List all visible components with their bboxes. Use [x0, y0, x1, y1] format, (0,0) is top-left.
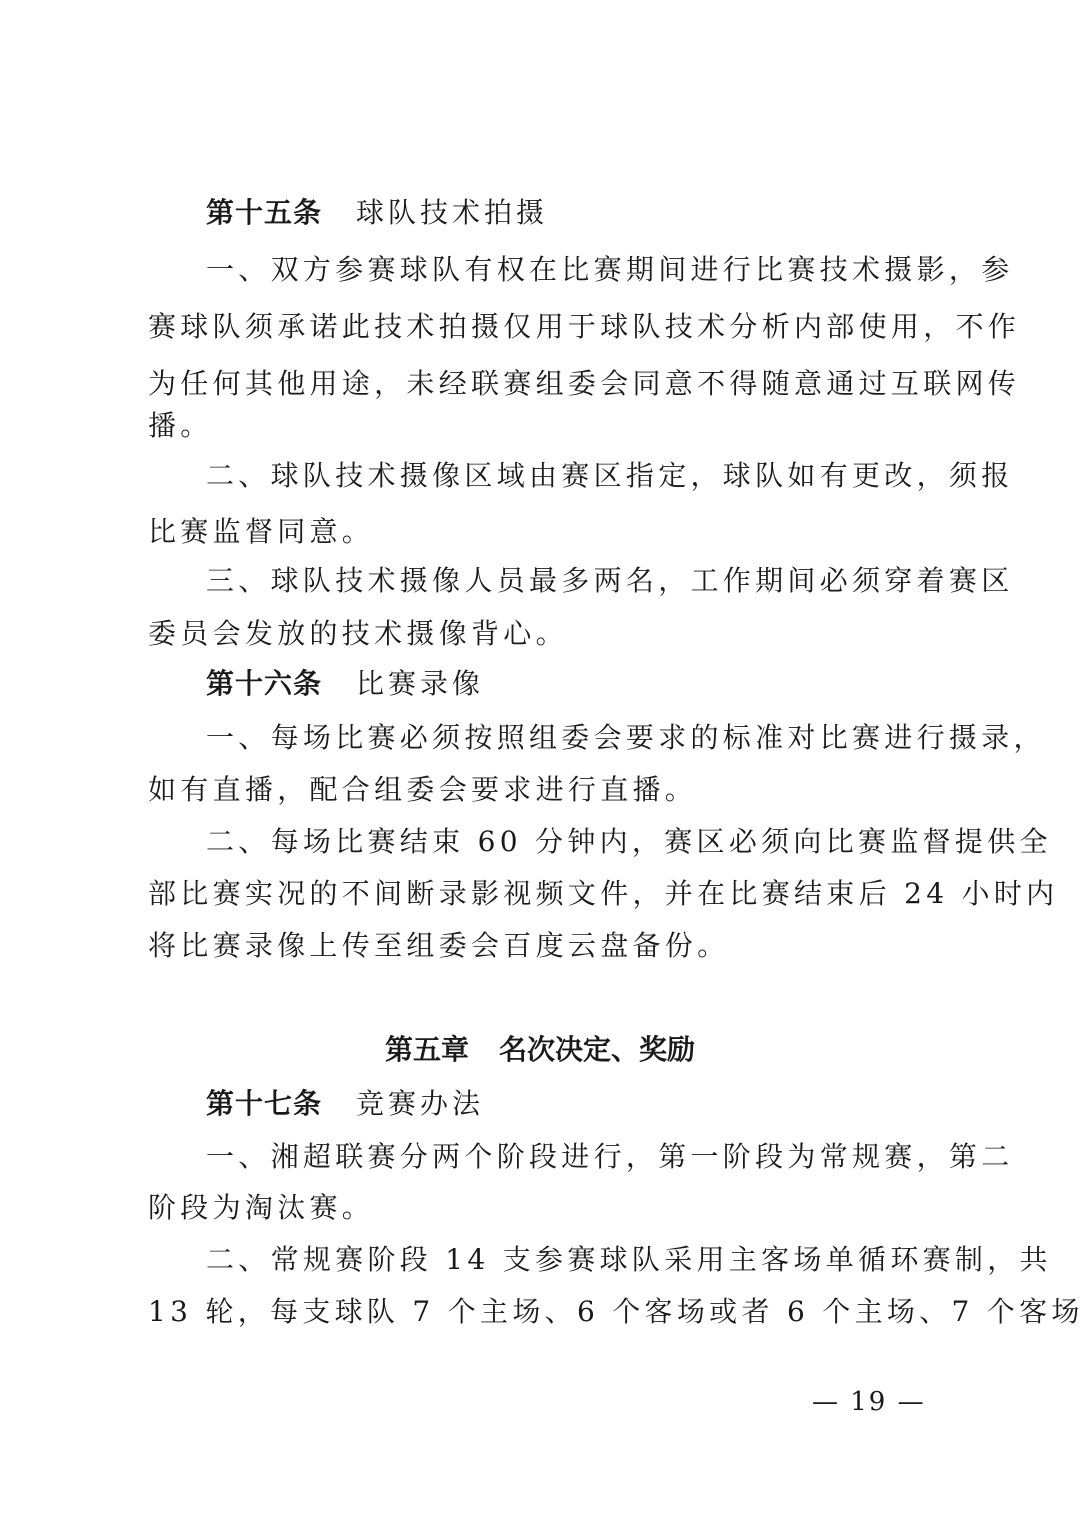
article-title: 球队技术拍摄	[356, 196, 548, 229]
paragraph-line: 赛球队须承诺此技术拍摄仅用于球队技术分析内部使用，不作	[148, 307, 938, 347]
paragraph-line: 一、湘超联赛分两个阶段进行，第一阶段为常规赛，第二	[206, 1137, 938, 1177]
paragraph-line: 二、常规赛阶段 14 支参赛球队采用主客场单循环赛制，共	[206, 1240, 938, 1280]
article-heading-15: 第十五条球队技术拍摄	[206, 193, 548, 233]
chapter-title: 名次决定、奖励	[499, 1033, 695, 1066]
page-number: — 19 —	[812, 1384, 926, 1420]
paragraph-line: 一、每场比赛必须按照组委会要求的标准对比赛进行摄录，	[206, 718, 938, 758]
paragraph-line: 比赛监督同意。	[148, 512, 938, 552]
paragraph-line: 播。	[148, 406, 938, 446]
document-page: 第十五条球队技术拍摄 一、双方参赛球队有权在比赛期间进行比赛技术摄影，参 赛球队…	[0, 0, 1080, 1527]
paragraph-line: 将比赛录像上传至组委会百度云盘备份。	[148, 926, 938, 966]
paragraph-line: 部比赛实况的不间断录影视频文件，并在比赛结束后 24 小时内	[148, 874, 938, 914]
article-number: 第十六条	[206, 667, 322, 700]
chapter-heading: 第五章名次决定、奖励	[0, 1030, 1080, 1070]
article-number: 第十七条	[206, 1087, 322, 1120]
paragraph-line: 13 轮，每支球队 7 个主场、6 个客场或者 6 个主场、7 个客场，	[148, 1292, 938, 1332]
paragraph-line: 二、每场比赛结束 60 分钟内，赛区必须向比赛监督提供全	[206, 822, 938, 862]
paragraph-line: 为任何其他用途，未经联赛组委会同意不得随意通过互联网传	[148, 364, 938, 404]
paragraph-line: 如有直播，配合组委会要求进行直播。	[148, 770, 938, 810]
paragraph-line: 一、双方参赛球队有权在比赛期间进行比赛技术摄影，参	[206, 250, 938, 290]
article-title: 竞赛办法	[356, 1087, 484, 1120]
paragraph-line: 三、球队技术摄像人员最多两名，工作期间必须穿着赛区	[206, 561, 938, 601]
chapter-number: 第五章	[385, 1033, 469, 1066]
article-title: 比赛录像	[356, 667, 484, 700]
paragraph-line: 二、球队技术摄像区域由赛区指定，球队如有更改，须报	[206, 456, 938, 496]
article-heading-17: 第十七条竞赛办法	[206, 1084, 484, 1124]
article-heading-16: 第十六条比赛录像	[206, 664, 484, 704]
paragraph-line: 委员会发放的技术摄像背心。	[148, 614, 938, 654]
paragraph-line: 阶段为淘汰赛。	[148, 1188, 938, 1228]
article-number: 第十五条	[206, 196, 322, 229]
